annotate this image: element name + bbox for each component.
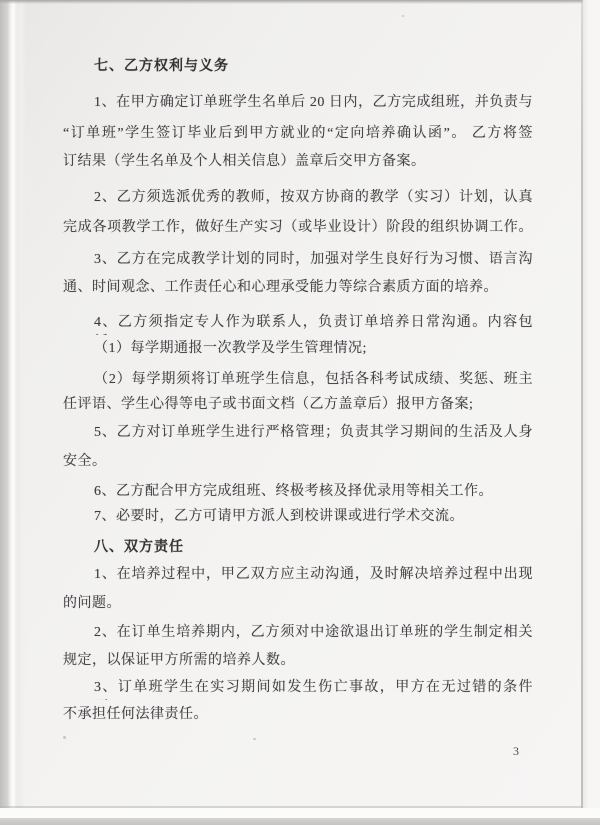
document-body: 七、乙方权利与义务1、在甲方确定订单班学生名单后 20 日内，乙方完成组班，并负… (63, 0, 533, 825)
document-line: 3、订单班学生在实习期间如发生伤亡事故，甲方在无过错的条件下， (63, 678, 533, 700)
document-line: 任评语、学生心得等电子或书面文档（乙方盖章后）报甲方备案; (63, 395, 533, 417)
page-number: 3 (513, 744, 519, 759)
document-line: 不承担任何法律责任。 (63, 705, 533, 727)
document-line: （1）每学期通报一次教学及学生管理情况; (63, 339, 533, 361)
document-line: 安全。 (63, 452, 533, 474)
document-line: 订结果（学生名单及个人相关信息）盖章后交甲方备案。 (63, 152, 533, 174)
document-line: “订单班”学生签订毕业后到甲方就业的“定向培养确认函”。 乙方将签 (63, 124, 533, 146)
document-line: 4、乙方须指定专人作为联系人，负责订单培养日常沟通。内容包括： (63, 313, 533, 335)
document-line: 1、在培养过程中，甲乙双方应主动沟通，及时解决培养过程中出现 (63, 565, 533, 587)
document-line: 5、乙方对订单班学生进行严格管理；负责其学习期间的生活及人身 (63, 423, 533, 445)
document-line: 6、乙方配合甲方完成组班、终极考核及择优录用等相关工作。 (63, 482, 533, 504)
document-line: 的问题。 (63, 594, 533, 616)
document-line: 通、时间观念、工作责任心和心理承受能力等综合素质方面的培养。 (63, 278, 533, 300)
document-line: 完成各项教学工作，做好生产实习（或毕业设计）阶段的组织协调工作。 (63, 218, 533, 240)
document-line: 1、在甲方确定订单班学生名单后 20 日内，乙方完成组班，并负责与 (63, 93, 533, 115)
section-heading: 八、双方责任 (63, 538, 533, 560)
scanned-contract-page: 七、乙方权利与义务1、在甲方确定订单班学生名单后 20 日内，乙方完成组班，并负… (0, 0, 600, 825)
paper-right-edge-line (581, 0, 583, 812)
document-line: （2）每学期须将订单班学生信息，包括各科考试成绩、奖惩、班主 (63, 370, 533, 392)
document-line: 规定，以保证甲方所需的培养人数。 (63, 651, 533, 673)
scan-left-edge (0, 0, 26, 825)
document-line: 2、在订单生培养期内，乙方须对中途欲退出订单班的学生制定相关 (63, 623, 533, 645)
document-line: 7、必要时，乙方可请甲方派人到校讲课或进行学术交流。 (63, 507, 533, 529)
document-line: 2、乙方须选派优秀的教师，按双方协商的教学（实习）计划，认真 (63, 188, 533, 210)
scan-right-margin (583, 0, 600, 825)
section-heading: 七、乙方权利与义务 (63, 57, 533, 79)
document-line: 3、乙方在完成教学计划的同时，加强对学生良好行为习惯、语言沟 (63, 250, 533, 272)
